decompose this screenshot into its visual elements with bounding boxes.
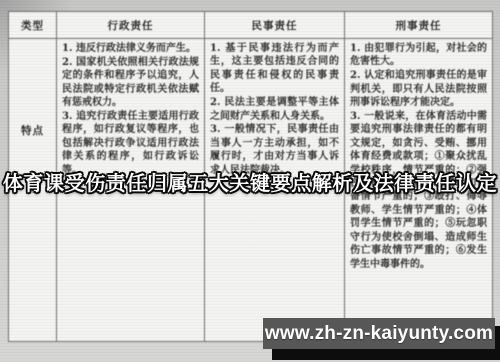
- col-header-civil-liability: 民事责任: [205, 12, 345, 38]
- site-url-badge: www.zh-zn-kaiyunty.com: [263, 318, 495, 349]
- col-header-type: 类型: [9, 12, 57, 38]
- watermark-title: 体育课受伤责任归属五大关键要点解析及法律责任认定: [0, 167, 500, 196]
- cell-paragraph: 2. 国家机关依照相关行政法规定的条件和程序予以追究，人民法院或特定行政机关依法…: [62, 56, 199, 110]
- cell-paragraph: 2. 认定和追究刑事责任的是审判机关，即只有人民法院按照刑事诉讼程序才能决定。: [350, 69, 487, 109]
- screenshot-photo: 类型 行政责任 民事责任 刑事责任 特点 1. 违反行政法律义务而产生。 2. …: [0, 0, 500, 362]
- table-header-row: 类型 行政责任 民事责任 刑事责任: [9, 12, 492, 39]
- col-header-administrative-liability: 行政责任: [57, 12, 205, 38]
- cell-paragraph: 1. 由犯罪行为引起，对社会的危害性大。: [350, 42, 487, 69]
- cell-paragraph: 1. 违反行政法律义务而产生。: [62, 42, 199, 55]
- col-header-criminal-liability: 刑事责任: [345, 12, 492, 38]
- cell-paragraph: 2. 民法主要是调整平等主体之间财产关系和人身关系。: [210, 96, 339, 123]
- cell-paragraph: 1. 基于民事违法行为而产生，这主要包括违反合同的民事责任和侵权的民事责任。: [210, 42, 339, 96]
